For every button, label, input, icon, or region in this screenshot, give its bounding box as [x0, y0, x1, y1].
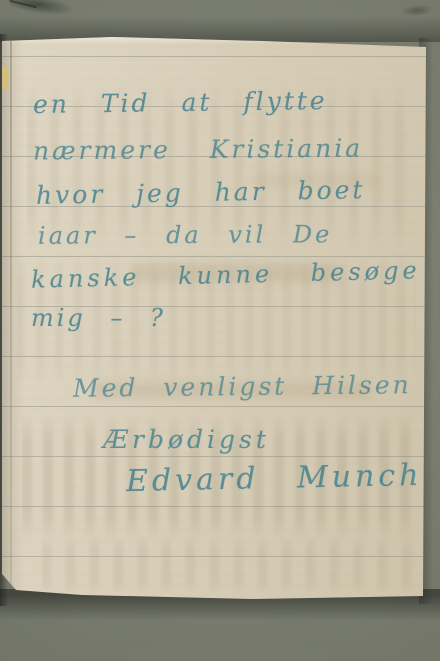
notebook-page: en Tid at flytte nærmere Kristiania hvor… [2, 34, 426, 600]
paper-stain [2, 66, 8, 90]
binding-gutter [2, 34, 24, 600]
spine-crease-line [10, 34, 12, 600]
signature-edvard-munch: Edvard Munch [126, 458, 423, 499]
handwriting-line: en Tid at flytte [33, 86, 328, 119]
handwriting-line: hvor jeg har boet [36, 175, 366, 210]
page-shadow-top [0, 16, 440, 42]
ink-bleedthrough-band [42, 536, 417, 594]
photograph: en Tid at flytte nærmere Kristiania hvor… [0, 0, 440, 661]
closing-line: Ærbødigst [103, 425, 270, 454]
handwriting-line: nærmere Kristiania [33, 134, 363, 166]
handwriting-line: iaar – da vil De [38, 220, 332, 250]
closing-line: Med venligst Hilsen [73, 370, 412, 403]
handwriting-line: mig – ? [31, 304, 166, 332]
